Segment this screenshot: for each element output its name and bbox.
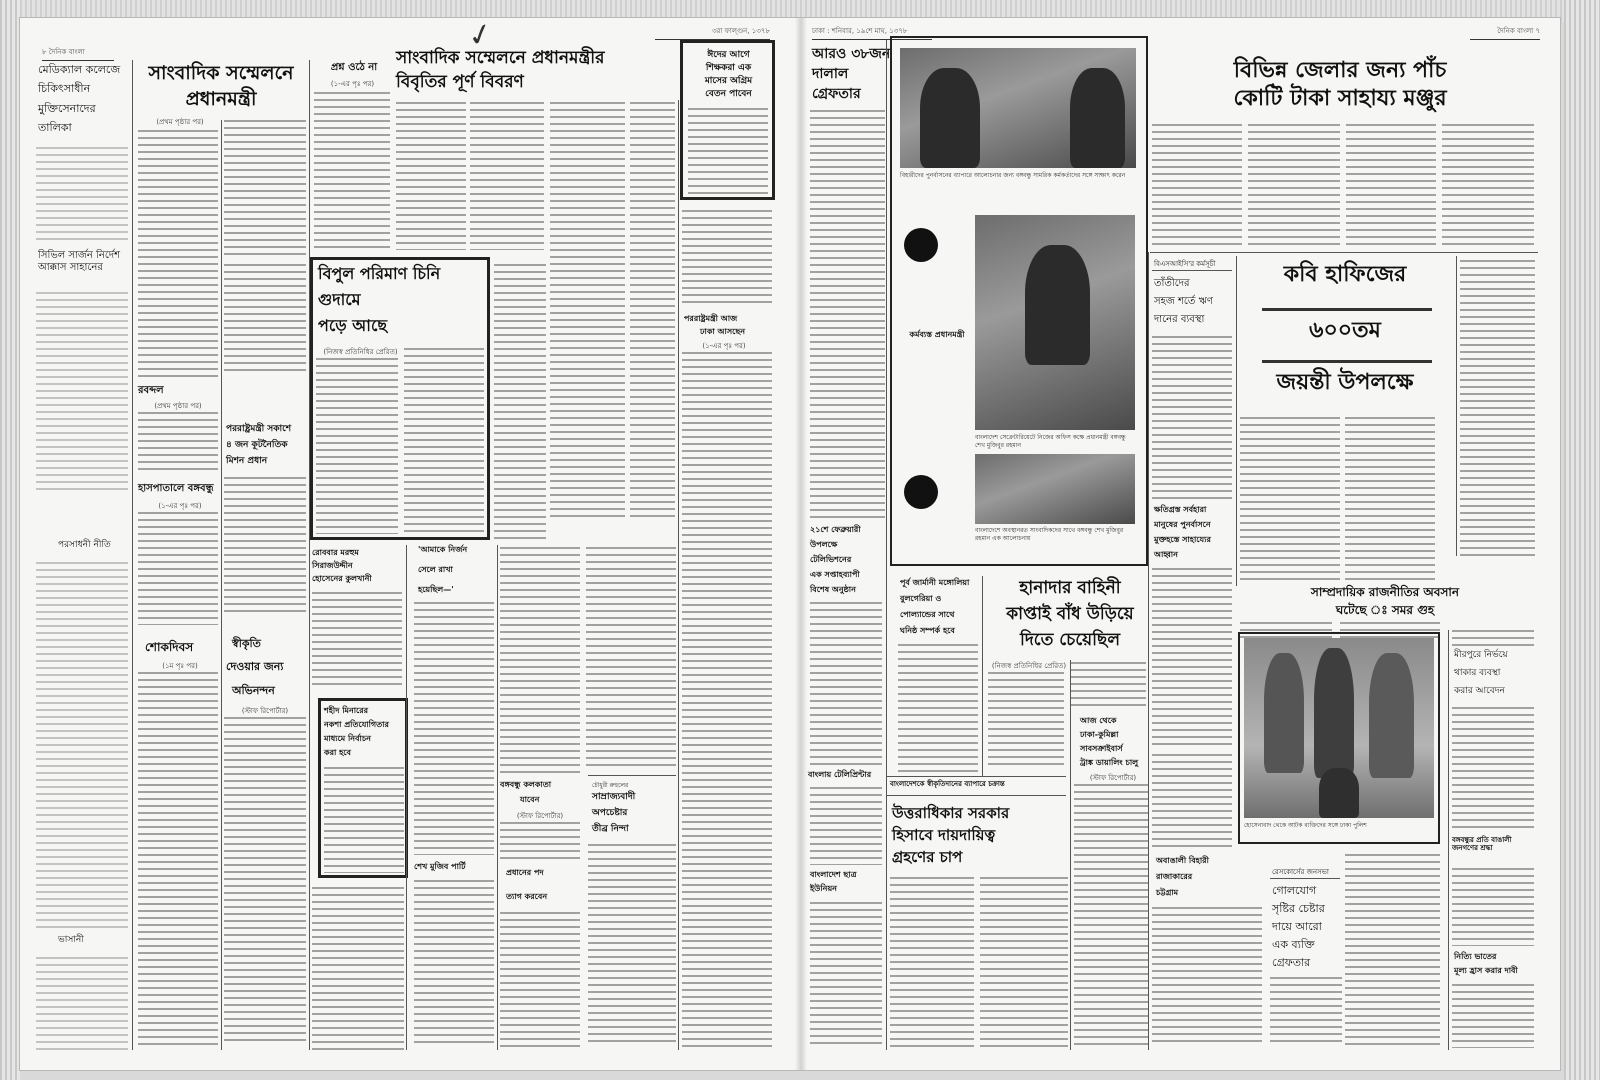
column-rule: [1456, 256, 1457, 556]
east-germany-headline-3: পোল্যান্ডের সাথে: [900, 610, 954, 620]
side-column-headline: মেডিক্যাল কলেজে চিকিৎসাধীন মুক্তিসেনাদের…: [38, 60, 128, 137]
jump-line: (১-এর পৃঃ পর): [315, 78, 390, 90]
column-rule: [221, 120, 222, 1050]
article-text: [316, 356, 398, 534]
canberra-headline: গভর্নরের নেতৃত্বে: [692, 210, 693, 211]
prime-minister-post-headline: প্রধানের পদ: [506, 868, 544, 878]
isolated-headline-1: 'আমাকে নির্জন: [418, 545, 467, 555]
article-text: [1070, 660, 1146, 710]
article-text: [1152, 122, 1242, 247]
teachers-headline-3: মাসের অগ্রিম: [686, 76, 771, 87]
imperialist-headline-3: তীব্র নিন্দা: [592, 824, 629, 835]
column-rule: [1236, 256, 1237, 586]
photo-group: [975, 454, 1135, 524]
article-text: [414, 600, 494, 855]
trunk-headline-2: ঢাকা-কুমিল্লা: [1080, 730, 1118, 740]
article-text: [138, 510, 218, 625]
press-conference-headline-1: সাংবাদিক সম্মেলনে: [136, 62, 306, 85]
side-item-2: আক্কাস সাহানের: [38, 262, 103, 274]
article-text: [138, 410, 218, 470]
jump-line: (প্রথম পৃষ্ঠার পর): [140, 116, 220, 128]
shaheed-minar-headline-3: মাধ্যমে নির্বাচন: [324, 734, 371, 744]
mourning-day-headline: শোকদিবস: [145, 640, 193, 654]
left-date-line: ৩রা ফাল্গুন, ১৩৭৮: [655, 25, 770, 40]
article-text: [890, 875, 974, 1047]
article-text: [810, 785, 882, 865]
photo-caption-top: বিহারীদের পুনর্বাসনের ব্যাপারে আলোচনার জ…: [900, 172, 1136, 180]
side-column-text: [36, 560, 128, 930]
side-item-policy: পরসাধনী নীতি: [58, 540, 111, 551]
damaged-headline-2: মানুষের পুনর্বাসনে: [1154, 520, 1211, 530]
person-figure: [1369, 653, 1414, 778]
rice-headline-2: মূল্য হ্রাস করার দাবী: [1454, 966, 1518, 976]
article-text: [1248, 122, 1340, 247]
article-text: [324, 765, 404, 873]
golejog-headline-2: সৃষ্টির চেষ্টার: [1272, 902, 1325, 915]
person-figure: [1025, 245, 1090, 365]
article-text: [312, 590, 402, 690]
rabab-headline: রবব্দল: [138, 385, 164, 397]
kulkhani-headline-3: হোসেনের কুলখানী: [312, 574, 372, 584]
recognition-headline-1: স্বীকৃতি: [232, 637, 261, 650]
article-text: [586, 545, 676, 770]
full-statement-headline-2: বিবৃতির পূর্ণ বিবরণ: [396, 72, 681, 92]
isolated-headline-2: সেলে রাখা: [418, 565, 453, 575]
photo-meeting: [900, 48, 1136, 168]
side-column-text: [36, 955, 128, 1050]
kolkata-headline-2: যাবেন: [520, 795, 539, 805]
side-item-bhasani: ভাসানী: [58, 935, 84, 946]
article-text: [1452, 866, 1534, 946]
fm-meet-headline-2: ৪ জন কূটনৈতিক: [226, 440, 288, 451]
imperialist-kicker: চৌধুরী রুহুলের: [592, 780, 628, 791]
imperialist-headline-2: অপচেষ্টার: [592, 808, 627, 819]
side-item-1: সিভিল সার্জন নির্দেশ: [38, 250, 120, 262]
tv-headline-3: টেলিভিশনের: [810, 555, 851, 565]
kulkhani-headline-2: সিরাজউদ্দীন: [312, 561, 353, 571]
article-text: [980, 875, 1068, 1047]
trunk-headline-4: ট্রাঙ্ক ডায়ালিং চালু: [1080, 758, 1138, 768]
teachers-headline-4: বেতন পাবেন: [686, 89, 771, 100]
article-text: [588, 842, 676, 1047]
article-text: [1074, 782, 1148, 1047]
article-text: [500, 820, 580, 860]
weavers-headline-3: দানের ব্যবস্থা: [1154, 314, 1204, 326]
tv-headline-2: উপলক্ষে: [810, 540, 837, 550]
tv-headline-5: বিশেষ অনুষ্ঠান: [810, 585, 856, 595]
person-figure: [1319, 768, 1359, 818]
successor-headline-2: হিসাবে দায়দায়িত্ব: [892, 826, 1062, 844]
east-germany-headline-4: ঘনিষ্ঠ সম্পর্ক হবে: [900, 626, 955, 636]
tv-headline-1: ২১শে ফেব্রুয়ারী: [810, 525, 861, 535]
bihari-headline-1: অবাঙালী বিহারী: [1156, 856, 1209, 866]
hafiz-rule: [1262, 360, 1432, 363]
sugar-headline-1: বিপুল পরিমাণ চিনি: [318, 264, 440, 283]
student-union-headline-2: ইউনিয়ন: [810, 884, 837, 894]
left-folio: ৮ দৈনিক বাংলা: [42, 46, 114, 61]
story-rule: [588, 775, 676, 776]
weavers-kicker: বিএসআইসি'র কর্মসূচী: [1154, 258, 1215, 270]
article-text: [224, 118, 306, 258]
fm-meet-headline-1: পররাষ্ট্রমন্ত্রী সকাশে: [226, 424, 291, 435]
golejog-headline-3: দায়ে আরো: [1272, 920, 1322, 933]
recognition-headline-3: অভিনন্দন: [232, 684, 275, 697]
article-text: [396, 100, 466, 250]
hafiz-headline-1: কবি হাফিজের: [1240, 262, 1450, 288]
article-text: [494, 262, 546, 542]
column-rule: [678, 100, 679, 1050]
sugar-headline-2: গুদামে: [318, 290, 361, 309]
kolkata-headline-1: বঙ্গবন্ধু কলকাতা: [500, 780, 551, 790]
article-text: [1442, 122, 1534, 247]
damaged-headline-1: ক্ষতিগ্রস্ত সর্বহারা: [1154, 505, 1206, 515]
side-column-text: [36, 145, 128, 240]
story-rule: [1270, 878, 1340, 879]
full-statement-headline-1: সাংবাদিক সম্মেলনে প্রধানমন্ত্রীর: [396, 48, 681, 68]
tv-headline-4: এক সপ্তাহব্যাপী: [810, 570, 860, 580]
hafiz-headline-2: ৬০০তম: [1240, 318, 1450, 344]
story-rule: [886, 776, 1066, 777]
article-text: [138, 670, 218, 1050]
article-text: [1452, 705, 1534, 830]
respect-headline: বঙ্গবন্ধুর প্রতি বাঙালী জনগণের শ্রদ্ধা: [1452, 836, 1536, 853]
rice-headline-1: নিত্যি ভাতের: [1454, 952, 1496, 962]
bihari-headline-3: চট্টগ্রাম: [1156, 888, 1178, 898]
person-figure: [920, 68, 980, 168]
person-figure: [1314, 648, 1354, 778]
weavers-headline-2: সহজ শর্তে ঋণ: [1154, 296, 1213, 308]
occupation-army-headline-3: দিতে চেয়েছিল: [990, 630, 1150, 650]
student-union-headline-1: বাংলাদেশ ছাত্র: [810, 870, 856, 880]
column-rule: [309, 60, 310, 1050]
column-rule: [1448, 630, 1449, 1050]
golejog-kicker: রেসকোর্সের জনসভা: [1272, 866, 1329, 878]
communal-headline-2: ঘটেছে ঃ সমর গুহ: [1240, 603, 1530, 617]
question-headline: প্রশ্ন ওঠে না: [318, 62, 390, 74]
article-text: [224, 715, 306, 1045]
article-text: [1270, 975, 1342, 1047]
scan-right-edge: [1564, 0, 1600, 1080]
communal-headline-1: সাম্প্রদায়িক রাজনীতির অবসান: [1240, 585, 1530, 599]
sheikh-mujib-party-headline: শেখ মুজিব পার্টি: [414, 862, 466, 872]
article-text: [988, 670, 1064, 770]
damaged-headline-4: আহ্বান: [1154, 550, 1178, 560]
arrests-headline-2: দালাল: [812, 66, 848, 83]
article-text: [810, 108, 885, 518]
teleprinter-headline: বাংলায় টেলিপ্রিন্টার: [808, 770, 871, 780]
relief-headline-1: বিভিন্ন জেলার জন্য পাঁচ: [1170, 58, 1510, 84]
side-column-text: [36, 290, 128, 490]
shaheed-minar-headline-1: শহীদ মিনারের: [324, 706, 368, 716]
arrests-headline-1: আরও ৩৮জন: [812, 46, 890, 63]
article-text: [810, 600, 882, 770]
arrests-headline-3: গ্রেফতার: [812, 86, 861, 103]
column-rule: [406, 545, 407, 1050]
sugar-headline-3: পড়ে আছে: [318, 316, 387, 335]
decorative-dot: [904, 228, 938, 262]
isolated-headline-3: হয়েছিল—': [418, 585, 454, 595]
article-text: [1152, 334, 1232, 499]
fm-today-headline-2: ঢাকা আসছেন: [700, 327, 745, 337]
mirpur-headline-3: করার আবেদন: [1454, 686, 1505, 697]
article-text: [898, 642, 978, 772]
article-text: [500, 910, 580, 1048]
trunk-headline-3: সাবসক্রাইবার্স: [1080, 744, 1123, 754]
article-text: [550, 100, 625, 520]
photo-caption-bottom: বাংলাদেশে অবস্থানরত সাংবাদিকদের সাথে বঙ্…: [975, 527, 1135, 543]
golejog-headline-5: গ্রেফতার: [1272, 956, 1310, 969]
occupation-army-headline-2: কাপ্তাই বাঁধ উড়িয়ে: [990, 604, 1150, 624]
recognition-headline-2: দেওয়ার জন্য: [226, 660, 284, 673]
article-text: [414, 878, 494, 1048]
article-text: [1345, 852, 1440, 1047]
fm-meet-headline-3: মিশন প্রধান: [226, 456, 267, 467]
article-text: [1346, 122, 1436, 247]
article-text: [682, 208, 772, 308]
article-text: [1240, 415, 1340, 580]
article-text: [404, 346, 484, 534]
resign-headline: ত্যাগ করবেন: [506, 892, 547, 902]
weavers-headline-1: তাঁতীদের: [1154, 278, 1190, 290]
column-rule: [132, 60, 133, 1050]
relief-headline-2: কোটি টাকা সাহায্য মঞ্জুর: [1170, 86, 1510, 112]
golejog-headline-1: গোলযোগ: [1272, 884, 1316, 897]
fm-today-headline-1: পররাষ্ট্রমন্ত্রী আজ: [684, 314, 737, 324]
article-text: [1152, 566, 1232, 746]
column-rule: [497, 545, 498, 1050]
press-conference-headline-2: প্রধানমন্ত্রী: [136, 88, 306, 111]
east-germany-headline-2: বুলগেরিয়া ও: [900, 594, 941, 604]
trunk-headline-1: আজ থেকে: [1080, 716, 1117, 726]
bihari-headline-2: রাজাকারের: [1156, 872, 1192, 882]
teachers-headline-2: শিক্ষকরা এক: [686, 63, 771, 74]
article-text: [1152, 752, 1232, 852]
page-fold: [795, 18, 807, 1070]
column-rule: [1070, 660, 1071, 1050]
busy-prime-minister-label: কর্মব্যস্ত প্রধানমন্ত্রী: [902, 330, 972, 340]
hafiz-rule: [1262, 308, 1432, 311]
article-text: [688, 106, 768, 194]
photo-caption-mid: বাংলাদেশ সেক্রেটারিয়েটে নিজের অফিস কক্ষ…: [975, 434, 1135, 450]
article-text: [224, 475, 306, 615]
article-text: [470, 100, 544, 250]
successor-headline-3: গ্রহণের চাপ: [892, 848, 1062, 866]
person-figure: [1264, 653, 1304, 773]
photo-2-caption: হোসেনাবাদ থেকে আটক ব্যক্তিদের সঙ্গে ঢাকা…: [1244, 822, 1434, 830]
occupation-army-headline-1: হানাদার বাহিনী: [990, 578, 1150, 598]
article-text: [810, 900, 882, 1048]
article-text: [1460, 258, 1535, 558]
article-text: [1452, 628, 1534, 648]
article-text: [500, 545, 580, 775]
decorative-dot: [904, 475, 938, 509]
article-text: [314, 90, 390, 250]
shaheed-minar-headline-2: নকশা প্রতিযোগিতার: [324, 720, 389, 730]
article-text: [138, 128, 218, 378]
story-rule: [886, 795, 1066, 796]
mirpur-headline-1: মীরপুরে নির্ভয়ে: [1454, 650, 1508, 661]
successor-headline-1: উত্তরাধিকার সরকার: [892, 804, 1062, 822]
photo-police-group: [1244, 638, 1434, 818]
imperialist-headline-1: সাম্রাজ্যবাদী: [592, 792, 635, 803]
article-text: [630, 100, 675, 520]
article-text: [682, 350, 772, 1050]
right-folio: দৈনিক বাংলা ৭: [1470, 25, 1540, 40]
story-rule: [1150, 252, 1538, 253]
article-text: [224, 262, 306, 372]
hospital-headline: হাসপাতালে বঙ্গবন্ধু: [138, 483, 213, 495]
mirpur-headline-2: থাকার ব্যবস্থা: [1454, 668, 1500, 679]
person-figure: [1070, 68, 1125, 168]
east-germany-headline-1: পূর্ব জার্মানী মঙ্গোলিয়া: [900, 578, 969, 588]
scan-left-edge: [0, 0, 20, 1080]
conspiracy-kicker: বাংলাদেশকে স্বীকৃতিদানের ব্যাপারে চক্রান…: [890, 780, 1066, 788]
teachers-headline-1: ঈদের আগে: [686, 50, 771, 61]
column-rule: [886, 40, 887, 1050]
hafiz-headline-3: জয়ন্তী উপলক্ষে: [1240, 370, 1450, 396]
article-text: [1345, 415, 1435, 580]
column-rule: [1148, 252, 1149, 1050]
damaged-headline-3: মুক্তহস্তে সাহায্যের: [1154, 535, 1211, 545]
story-rule: [1152, 270, 1232, 271]
article-text: [312, 885, 404, 1050]
article-text: [1452, 982, 1534, 1048]
column-rule: [982, 576, 983, 776]
shaheed-minar-headline-4: করা হবে: [324, 748, 351, 758]
article-text: [1152, 905, 1262, 1045]
kulkhani-headline-1: রোববার মরহুম: [312, 548, 359, 558]
photo-prime-minister: [975, 215, 1135, 430]
golejog-headline-4: এক ব্যক্তি: [1272, 938, 1315, 951]
